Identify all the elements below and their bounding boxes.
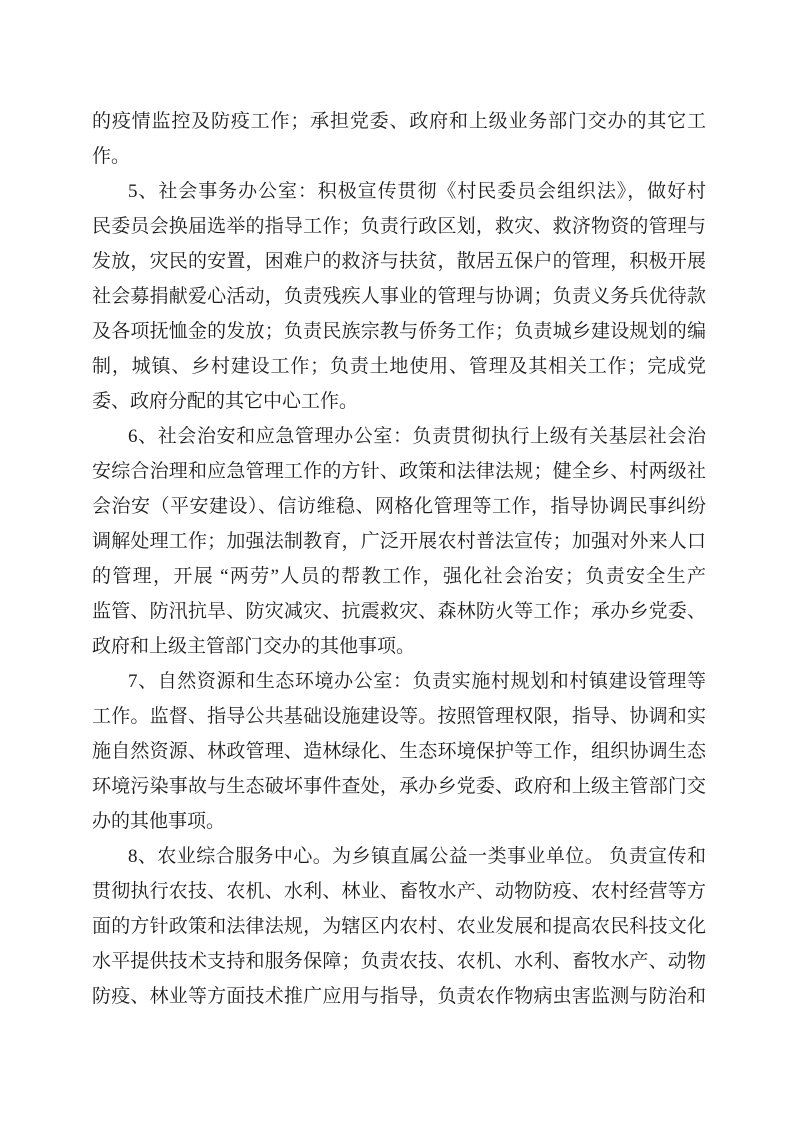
paragraph-line: 环境污染事故与生态破坏事件查处，承办乡党委、政府和上级主管部门交 [92, 769, 706, 804]
paragraph-line: 安综合治理和应急管理工作的方针、政策和法律法规；健全乡、村两级社 [92, 454, 706, 489]
paragraph-line: 发放，灾民的安置，困难户的救济与扶贫，散居五保户的管理，积极开展 [92, 244, 706, 279]
paragraph-line: 会治安（平安建设）、信访维稳、网格化管理等工作，指导协调民事纠纷 [92, 489, 706, 524]
paragraph-line: 调解处理工作；加强法制教育，广泛开展农村普法宣传；加强对外来人口 [92, 524, 706, 559]
paragraph-line: 办的其他事项。 [92, 804, 706, 839]
paragraph-line: 的疫情监控及防疫工作；承担党委、政府和上级业务部门交办的其它工 [92, 104, 706, 139]
paragraph-line: 社会募捐献爱心活动，负责残疾人事业的管理与协调；负责义务兵优待款 [92, 279, 706, 314]
paragraph-line: 防疫、林业等方面技术推广应用与指导，负责农作物病虫害监测与防治和 [92, 979, 706, 1014]
paragraph: 6、社会治安和应急管理办公室：负责贯彻执行上级有关基层社会治安综合治理和应急管理… [92, 419, 706, 664]
paragraph-line: 制，城镇、乡村建设工作；负责土地使用、管理及其相关工作；完成党 [92, 349, 706, 384]
paragraph-line: 面的方针政策和法律法规，为辖区内农村、农业发展和提高农民科技文化 [92, 909, 706, 944]
paragraph: 5、社会事务办公室：积极宣传贯彻《村民委员会组织法》，做好村民委员会换届选举的指… [92, 174, 706, 419]
paragraph-line: 委、政府分配的其它中心工作。 [92, 384, 706, 419]
paragraph-line: 水平提供技术支持和服务保障；负责农技、农机、水利、畜牧水产、动物 [92, 944, 706, 979]
paragraph: 7、自然资源和生态环境办公室：负责实施村规划和村镇建设管理等工作。监督、指导公共… [92, 664, 706, 839]
paragraph-line: 政府和上级主管部门交办的其他事项。 [92, 629, 706, 664]
paragraph-line: 的管理，开展 “两劳”人员的帮教工作，强化社会治安；负责安全生产 [92, 559, 706, 594]
document-body: 的疫情监控及防疫工作；承担党委、政府和上级业务部门交办的其它工作。5、社会事务办… [92, 104, 706, 1014]
paragraph-line: 工作。监督、指导公共基础设施建设等。按照管理权限，指导、协调和实 [92, 699, 706, 734]
paragraph-line: 6、社会治安和应急管理办公室：负责贯彻执行上级有关基层社会治 [92, 419, 706, 454]
paragraph-line: 监管、防汛抗旱、防灾减灾、抗震救灾、森林防火等工作；承办乡党委、 [92, 594, 706, 629]
paragraph-line: 及各项抚恤金的发放；负责民族宗教与侨务工作；负责城乡建设规划的编 [92, 314, 706, 349]
paragraph-line: 作。 [92, 139, 706, 174]
paragraph-line: 7、自然资源和生态环境办公室：负责实施村规划和村镇建设管理等 [92, 664, 706, 699]
paragraph: 的疫情监控及防疫工作；承担党委、政府和上级业务部门交办的其它工作。 [92, 104, 706, 174]
document-page: 的疫情监控及防疫工作；承担党委、政府和上级业务部门交办的其它工作。5、社会事务办… [0, 0, 793, 1122]
paragraph: 8、农业综合服务中心。为乡镇直属公益一类事业单位。 负责宣传和贯彻执行农技、农机… [92, 839, 706, 1014]
paragraph-line: 贯彻执行农技、农机、水利、林业、畜牧水产、动物防疫、农村经营等方 [92, 874, 706, 909]
paragraph-line: 5、社会事务办公室：积极宣传贯彻《村民委员会组织法》，做好村 [92, 174, 706, 209]
paragraph-line: 8、农业综合服务中心。为乡镇直属公益一类事业单位。 负责宣传和 [92, 839, 706, 874]
paragraph-line: 民委员会换届选举的指导工作；负责行政区划，救灾、救济物资的管理与 [92, 209, 706, 244]
paragraph-line: 施自然资源、林政管理、造林绿化、生态环境保护等工作，组织协调生态 [92, 734, 706, 769]
